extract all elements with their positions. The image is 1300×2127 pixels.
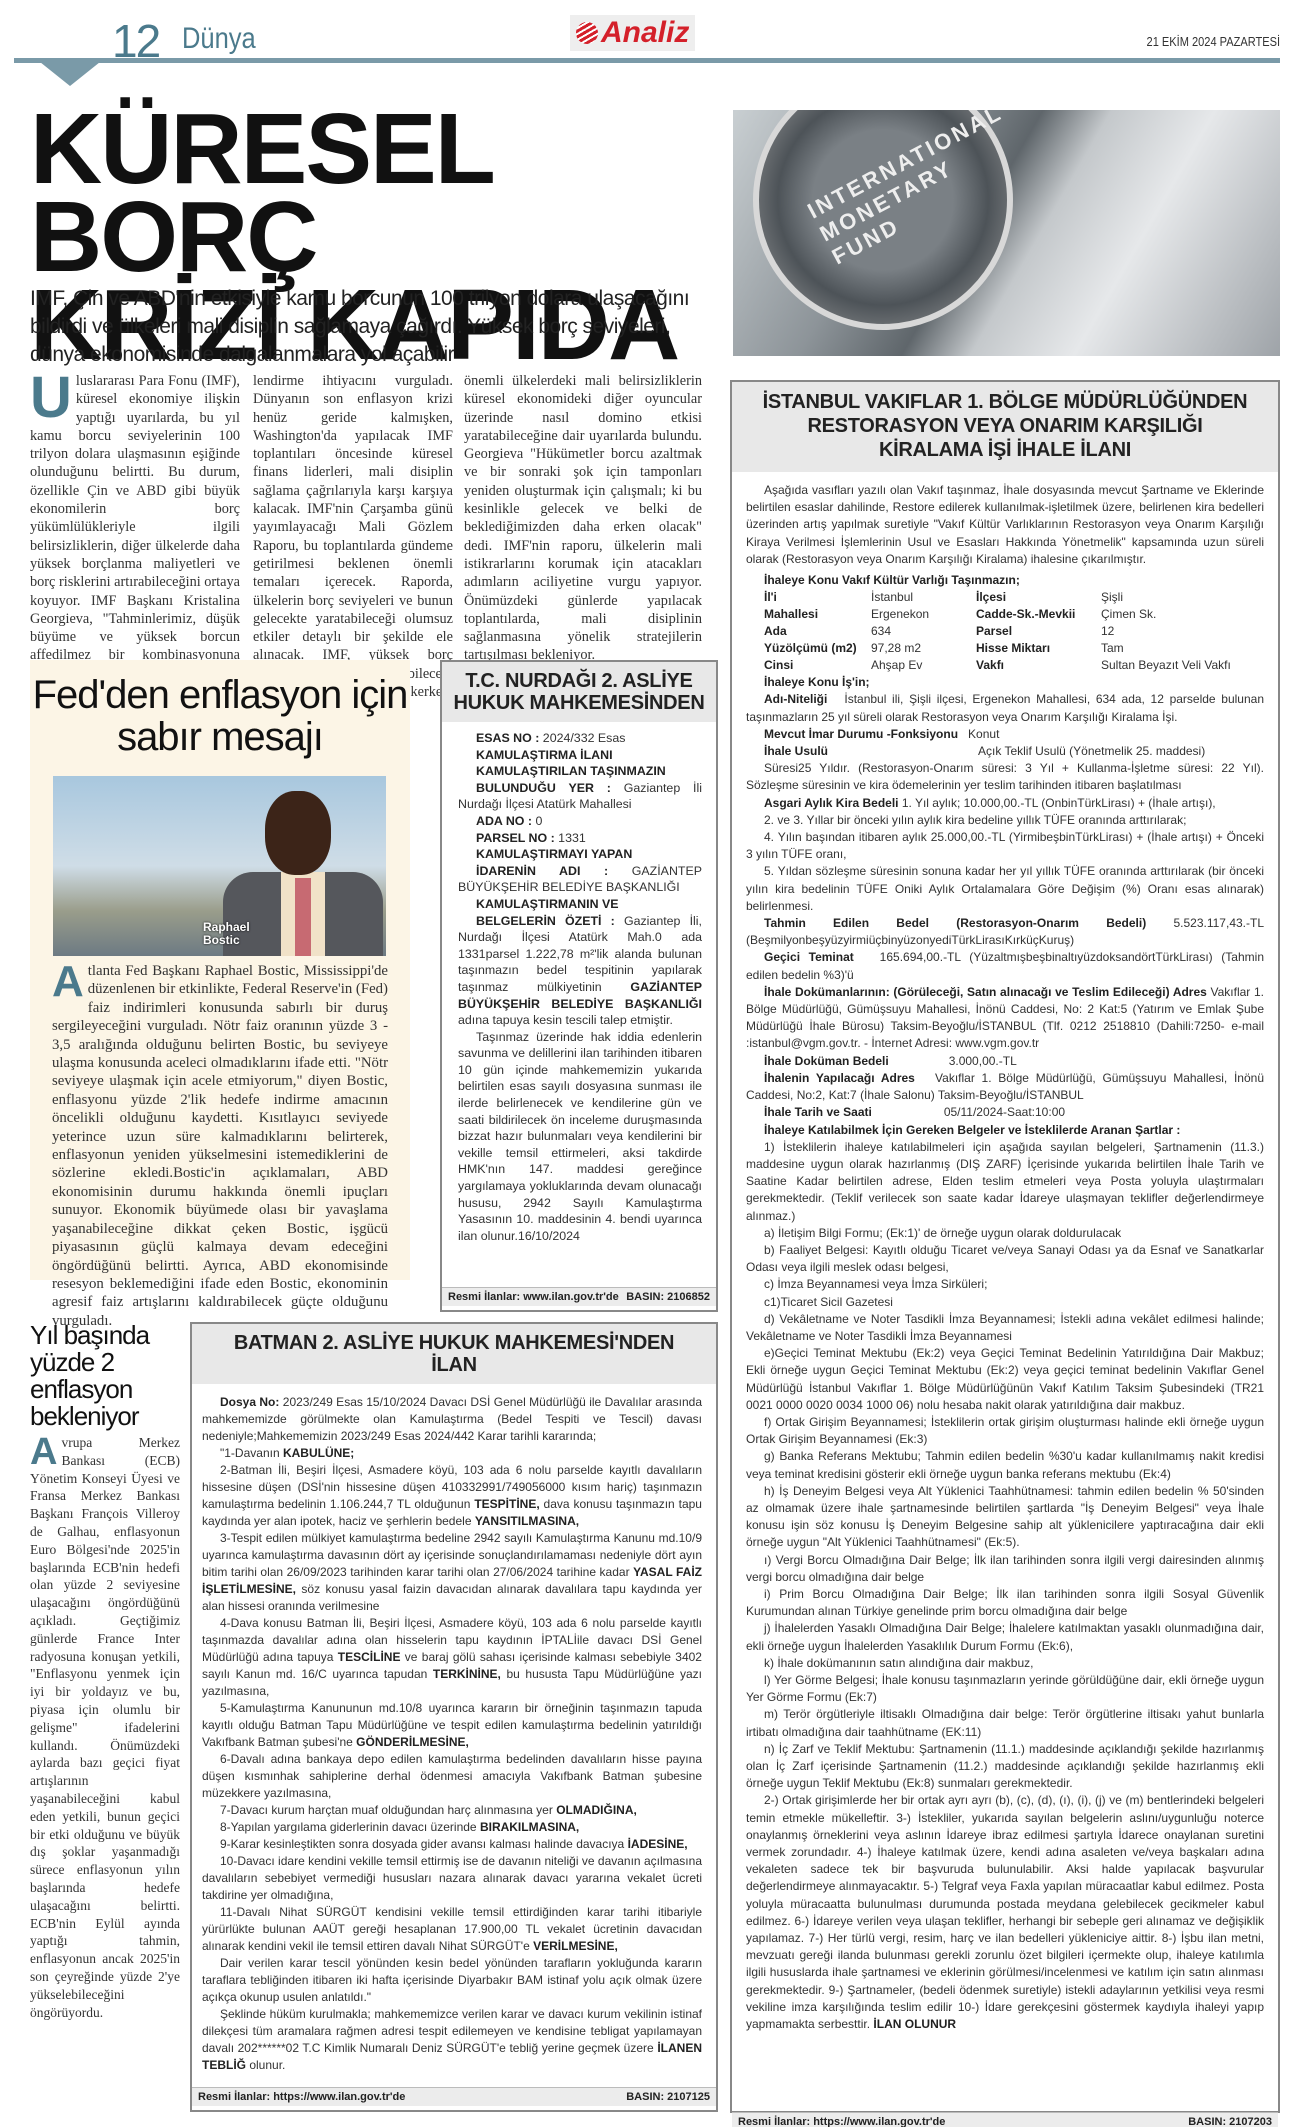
property-label: Ada bbox=[764, 623, 871, 640]
masthead-chevron bbox=[35, 58, 105, 86]
property-value: Şişli bbox=[1101, 589, 1264, 606]
requirement-item: g) Banka Referans Mektubu; Tahmin edilen… bbox=[746, 1448, 1264, 1482]
requirement-item: m) Terör örgütleriyle iltisaklı Olmadığı… bbox=[746, 1706, 1264, 1740]
property-label: Parsel bbox=[976, 623, 1101, 640]
requirement-item: c1)Ticaret Sicil Gazetesi bbox=[746, 1294, 1264, 1311]
seal-text: INTERNATIONAL MONETARY FUND bbox=[803, 110, 1031, 270]
page-number: 12 bbox=[112, 14, 159, 68]
property-value: 12 bbox=[1101, 623, 1264, 640]
requirement-item: n) İç Zarf ve Teklif Mektubu: Şartnameni… bbox=[746, 1741, 1264, 1793]
issue-date: 21 EKİM 2024 PAZARTESİ bbox=[1147, 34, 1280, 49]
requirement-item: b) Faaliyet Belgesi: Kayıtlı olduğu Tica… bbox=[746, 1242, 1264, 1276]
property-label: İlçesi bbox=[976, 589, 1101, 606]
property-value: 97,28 m2 bbox=[871, 640, 976, 657]
basin-number: BASIN: 2107203 bbox=[1188, 2116, 1272, 2127]
requirement-item: l) Yer Görme Belgesi; İhale konusu taşın… bbox=[746, 1672, 1264, 1706]
headline-line-1: KÜRESEL BORÇ bbox=[30, 105, 720, 281]
batman-court-notice: BATMAN 2. ASLİYE HUKUK MAHKEMESİ'NDENİLA… bbox=[190, 1322, 718, 2112]
notice-title: BATMAN 2. ASLİYE HUKUK MAHKEMESİ'NDENİLA… bbox=[192, 1324, 716, 1384]
requirement-item: f) Ortak Girişim Beyannamesi; İstekliler… bbox=[746, 1414, 1264, 1448]
masthead-rule bbox=[14, 58, 1280, 63]
requirement-item: e)Geçici Teminat Mektubu (Ek:2) veya Geç… bbox=[746, 1345, 1264, 1414]
notice-footer: Resmi İlanlar: https://www.ilan.gov.tr'd… bbox=[732, 2112, 1278, 2127]
requirement-item: h) İş Deneyim Belgesi veya Alt Yüklenici… bbox=[746, 1483, 1264, 1552]
basin-number: BASIN: 2107125 bbox=[626, 2091, 710, 2103]
photo-caption: Raphael Bostic bbox=[203, 921, 258, 947]
fed-headline: Fed'den enflasyon için sabır mesajı bbox=[30, 674, 410, 758]
requirements-list: 1) İsteklilerin ihaleye katılabilmeleri … bbox=[746, 1139, 1264, 2034]
notice-body: Dosya No: 2023/249 Esas 15/10/2024 Davac… bbox=[192, 1384, 716, 2087]
basin-number: BASIN: 2106852 bbox=[626, 1291, 710, 1303]
resmi-ilan-link[interactable]: Resmi İlanlar: www.ilan.gov.tr'de bbox=[448, 1291, 619, 1303]
property-label: İl'i bbox=[764, 589, 871, 606]
property-value: 634 bbox=[871, 623, 976, 640]
property-value: Ahşap Ev bbox=[871, 657, 976, 674]
requirement-item: j) İhalelerden Yasaklı Olmadığına Dair B… bbox=[746, 1620, 1264, 1654]
notice-body: Aşağıda vasıfları yazılı olan Vakıf taşı… bbox=[732, 472, 1278, 2112]
ecb-article: Yıl başında yüzde 2 enflasyon bekleniyor… bbox=[30, 1322, 180, 2021]
main-article-col-1: Uluslararası Para Fonu (IMF), küresel ek… bbox=[30, 372, 240, 662]
requirement-item: ı) Vergi Borcu Olmadığına Dair Belge; İl… bbox=[746, 1552, 1264, 1586]
drop-cap: A bbox=[52, 964, 84, 1000]
vakiflar-tender-notice: İSTANBUL VAKIFLAR 1. BÖLGE MÜDÜRLÜĞÜNDEN… bbox=[730, 380, 1280, 2113]
nurdagi-court-notice: T.C. NURDAĞI 2. ASLİYE HUKUK MAHKEMESİND… bbox=[440, 660, 718, 1312]
main-deck: IMF, Çin ve ABD'nin etkisiyle kamu borcu… bbox=[30, 285, 720, 369]
closing-text: İLAN OLUNUR bbox=[873, 2017, 956, 2031]
property-label: Hisse Miktarı bbox=[976, 640, 1101, 657]
requirement-item: i) Prim Borcu Olmadığına Dair Belge; İlk… bbox=[746, 1586, 1264, 1620]
fed-text: tlanta Fed Başkanı Raphael Bostic, Missi… bbox=[52, 963, 388, 1329]
property-value: İstanbul bbox=[871, 589, 976, 606]
logo-text: Analiz bbox=[601, 16, 689, 50]
notice-footer: Resmi İlanlar: https://www.ilan.gov.tr'd… bbox=[192, 2087, 716, 2106]
bostic-photo: Raphael Bostic bbox=[53, 776, 386, 956]
drop-cap: A bbox=[30, 1436, 57, 1468]
notice-title: İSTANBUL VAKIFLAR 1. BÖLGE MÜDÜRLÜĞÜNDEN… bbox=[732, 382, 1278, 472]
requirement-item: c) İmza Beyannamesi veya İmza Sirküleri; bbox=[746, 1276, 1264, 1293]
section-title: Dünya bbox=[182, 22, 256, 56]
requirement-item: d) Vekâletname ve Noter Tasdikli İmza Be… bbox=[746, 1311, 1264, 1345]
notice-body: ESAS NO : 2024/332 Esas KAMULAŞTIRMA İLA… bbox=[442, 722, 716, 1287]
property-value: Sultan Beyazıt Veli Vakfı bbox=[1101, 657, 1264, 674]
property-value: Çimen Sk. bbox=[1101, 606, 1264, 623]
fed-body: Atlanta Fed Başkanı Raphael Bostic, Miss… bbox=[52, 962, 388, 1330]
ecb-text: vrupa Merkez Bankası (ECB) Yönetim Konse… bbox=[30, 1435, 180, 2020]
property-label: Cinsi bbox=[764, 657, 871, 674]
col-text: önemli ülkelerdeki mali belirsizliklerin… bbox=[464, 373, 702, 663]
ecb-headline: Yıl başında yüzde 2 enflasyon bekleniyor bbox=[30, 1322, 180, 1430]
requirement-item: k) İhale dokümanının satın alındığına da… bbox=[746, 1655, 1264, 1672]
imf-seal-icon: INTERNATIONAL MONETARY FUND bbox=[753, 110, 1013, 330]
notice-footer: Resmi İlanlar: www.ilan.gov.tr'de BASIN:… bbox=[442, 1287, 716, 1306]
requirement-item: 2-) Ortak girişimlerde her bir ortak ayr… bbox=[746, 1792, 1264, 2033]
imf-photo: INTERNATIONAL MONETARY FUND bbox=[733, 110, 1280, 356]
resmi-ilan-link[interactable]: Resmi İlanlar: https://www.ilan.gov.tr'd… bbox=[738, 2116, 945, 2127]
requirement-item: 1) İsteklilerin ihaleye katılabilmeleri … bbox=[746, 1139, 1264, 1225]
notice-title: T.C. NURDAĞI 2. ASLİYE HUKUK MAHKEMESİND… bbox=[442, 662, 716, 722]
property-label: Cadde-Sk.-Mevkii bbox=[976, 606, 1101, 623]
property-label: Yüzölçümü (m2) bbox=[764, 640, 871, 657]
property-details-table: İl'iİstanbulİlçesiŞişliMahallesiErgeneko… bbox=[746, 589, 1264, 674]
newspaper-logo: Analiz bbox=[570, 15, 695, 51]
drop-cap: U bbox=[30, 374, 72, 422]
main-article-col-3: önemli ülkelerdeki mali belirsizliklerin… bbox=[464, 372, 702, 665]
property-label: Vakfı bbox=[976, 657, 1101, 674]
property-value: Tam bbox=[1101, 640, 1264, 657]
resmi-ilan-link[interactable]: Resmi İlanlar: https://www.ilan.gov.tr'd… bbox=[198, 2091, 405, 2103]
ecb-body: Avrupa Merkez Bankası (ECB) Yönetim Kons… bbox=[30, 1434, 180, 2021]
property-value: Ergenekon bbox=[871, 606, 976, 623]
fed-article: Fed'den enflasyon için sabır mesajı Raph… bbox=[30, 660, 410, 1280]
requirement-item: a) İletişim Bilgi Formu; (Ek:1)' de örne… bbox=[746, 1225, 1264, 1242]
logo-globe-icon bbox=[576, 22, 598, 44]
property-label: Mahallesi bbox=[764, 606, 871, 623]
